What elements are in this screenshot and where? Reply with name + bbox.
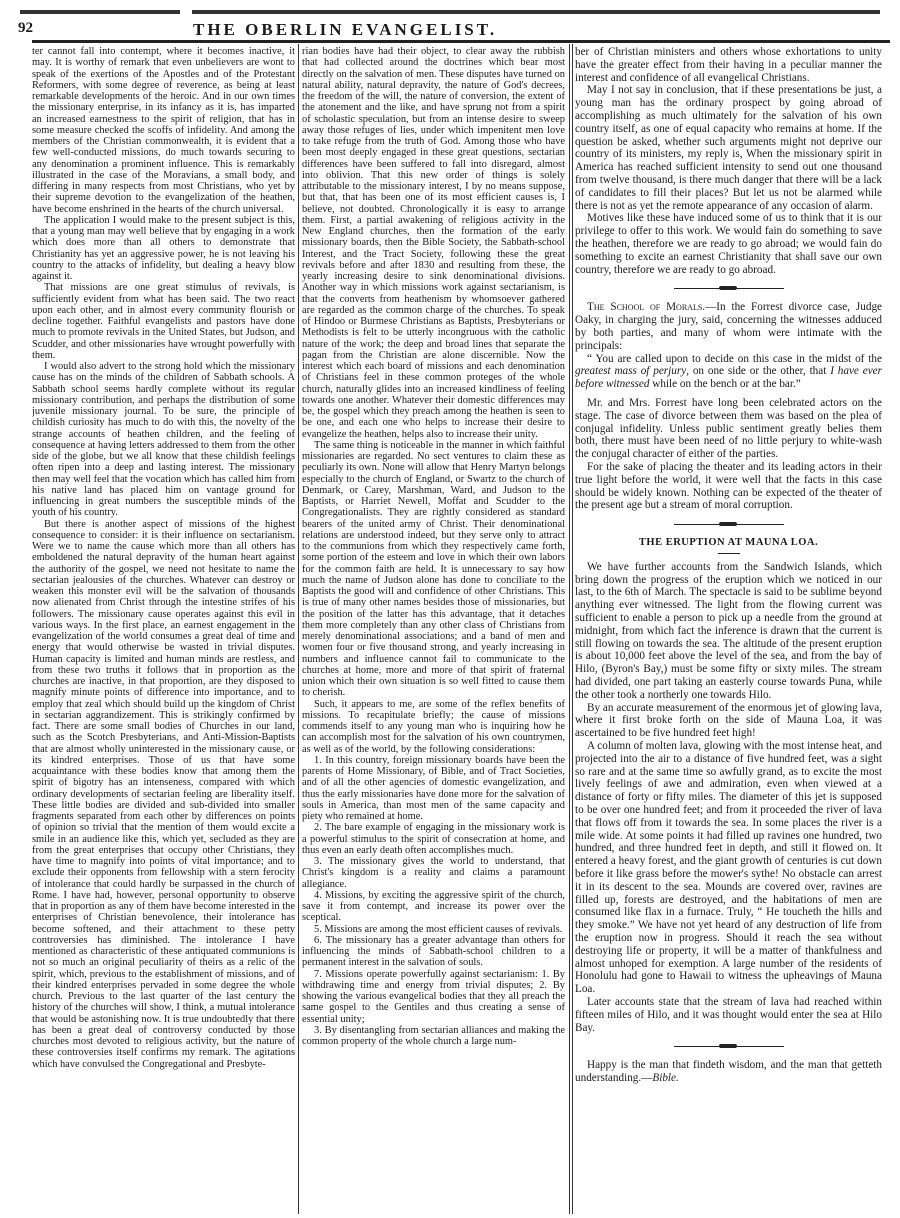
paragraph: The same thing is noticeable in the mann… [302, 440, 565, 699]
proverb: Happy is the man that findeth wisdom, an… [575, 1059, 882, 1085]
paragraph: By an accurate measurement of the enormo… [575, 702, 882, 740]
paragraph: For the sake of placing the theater and … [575, 461, 882, 512]
school-of-morals-title: The School of Morals. [587, 301, 705, 313]
paragraph: Mr. and Mrs. Forrest have long been cele… [575, 397, 882, 461]
list-item: 5. Missions are among the most efficient… [302, 924, 565, 935]
paragraph: I would also advert to the strong hold w… [32, 361, 295, 519]
page-number: 92 [18, 20, 33, 37]
top-rule-left [20, 10, 180, 14]
school-of-morals-lead: The School of Morals.—In the Forrest div… [575, 301, 882, 352]
list-item: 3. The missionary gives the world to und… [302, 856, 565, 890]
list-item: 1. In this country, foreign missionary b… [302, 755, 565, 823]
paragraph: We have further accounts from the Sandwi… [575, 561, 882, 702]
list-item: 2. The bare example of engaging in the m… [302, 822, 565, 856]
paragraph: May I not say in conclusion, that if the… [575, 84, 882, 212]
column-divider [572, 44, 573, 1214]
paragraph: The application I would make to the pres… [32, 215, 295, 283]
eruption-heading: THE ERUPTION AT MAUNA LOA. [575, 537, 882, 550]
column-3: ber of Christian ministers and others wh… [575, 46, 882, 1208]
paragraph: That missions are one great stimulus of … [32, 282, 295, 361]
section-separator [674, 1046, 784, 1047]
column-2: rian bodies have had their object, to cl… [302, 46, 565, 1208]
list-item: 4. Missions, by exciting the aggressive … [302, 890, 565, 924]
top-rule-right [192, 10, 880, 14]
paragraph: Later accounts state that the stream of … [575, 996, 882, 1034]
paragraph: ber of Christian ministers and others wh… [575, 46, 882, 84]
heading-rule [718, 553, 740, 554]
section-separator [674, 524, 784, 525]
paragraph: A column of molten lava, glowing with th… [575, 740, 882, 996]
list-item: 7. Missions operate powerfully against s… [302, 969, 565, 1025]
list-item: 3. By disentangling from sectarian allia… [302, 1025, 565, 1048]
paragraph: Motives like these have induced some of … [575, 212, 882, 276]
paragraph: rian bodies have had their object, to cl… [302, 46, 565, 440]
column-divider [298, 44, 299, 1214]
column-1: ter cannot fall into contempt, where it … [32, 46, 295, 1208]
column-divider [569, 44, 570, 1214]
masthead-title: THE OBERLIN EVANGELIST. [193, 20, 497, 40]
paragraph: But there is another aspect of missions … [32, 519, 295, 1070]
proverb-source: Bible. [652, 1072, 678, 1084]
header-rule [32, 40, 890, 43]
section-separator [674, 288, 784, 289]
judge-quote: “ You are called upon to decide on this … [575, 353, 882, 391]
list-item: 6. The missionary has a greater advantag… [302, 935, 565, 969]
paragraph: ter cannot fall into contempt, where it … [32, 46, 295, 215]
paragraph: Such, it appears to me, are some of the … [302, 699, 565, 755]
